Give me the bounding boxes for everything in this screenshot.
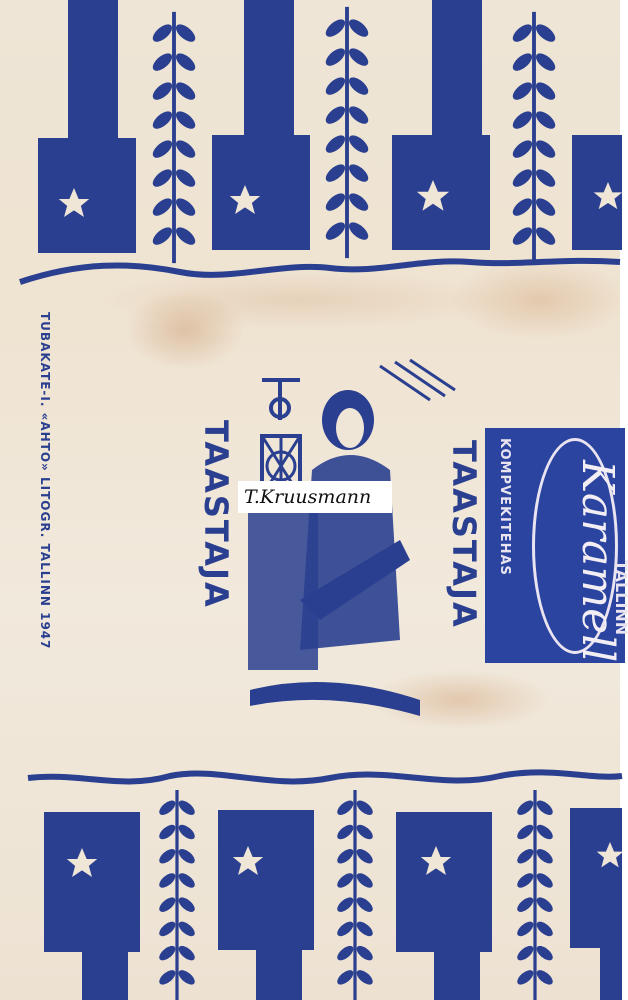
laurel-branch-icon <box>510 12 558 263</box>
star-banner-icon <box>392 0 490 250</box>
product-title-left: TAASTAJA <box>197 420 235 609</box>
star-banner-icon <box>572 135 622 250</box>
watermark-label: T.Kruusmann <box>238 481 392 513</box>
bottom-banner-row <box>28 772 623 1000</box>
brand-factory-label: KOMPVEKITEHAS <box>497 438 512 576</box>
star-banner-icon <box>44 812 140 1000</box>
laurel-branch-icon <box>323 7 371 258</box>
star-banner-icon <box>218 810 314 1000</box>
laurel-branch-icon <box>157 790 197 1000</box>
laurel-branch-icon <box>515 790 555 1000</box>
brand-city: TALLINN <box>612 560 628 635</box>
top-banner-row <box>20 0 622 282</box>
product-title-right: TAASTAJA <box>445 440 483 629</box>
laurel-branch-icon <box>335 790 375 1000</box>
star-banner-icon <box>570 808 623 1000</box>
spinner-illustration <box>248 360 455 716</box>
maker-imprint: TUBAKATE-I. «AHTO» LITOGR. TALLINN 1947 <box>38 312 52 650</box>
star-banner-icon <box>38 0 136 253</box>
star-banner-icon <box>212 0 310 250</box>
star-banner-icon <box>396 812 492 1000</box>
laurel-branch-icon <box>150 12 198 263</box>
